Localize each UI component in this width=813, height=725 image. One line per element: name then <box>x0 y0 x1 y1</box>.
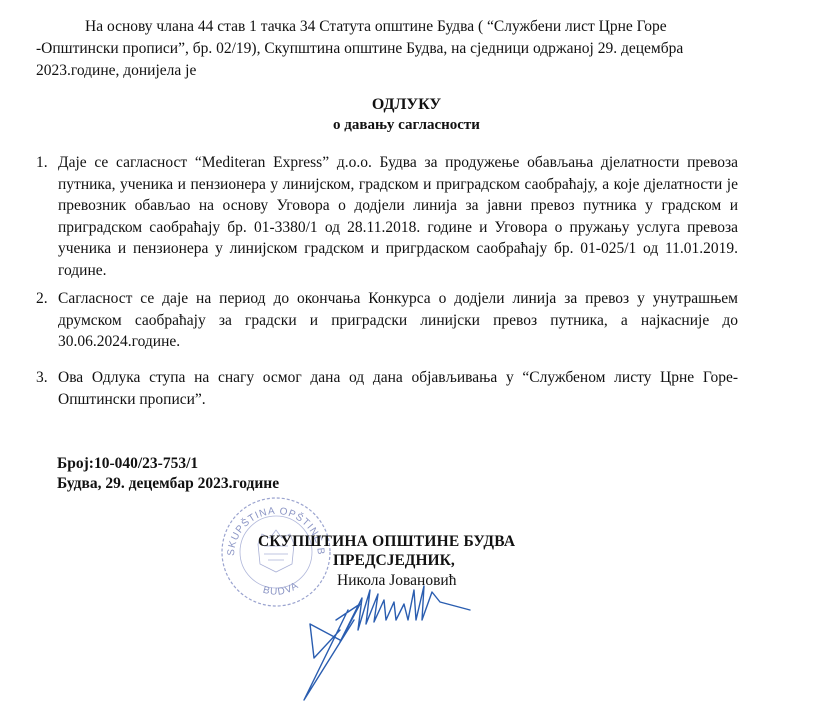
svg-text:BUDVA: BUDVA <box>262 580 301 598</box>
document-page: На основу члана 44 став 1 тачка 34 Стату… <box>0 0 813 725</box>
document-subtitle: о давању сагласности <box>0 117 813 134</box>
item-number: 3. <box>36 367 48 389</box>
list-item: 2. Сагласност се даје на период до оконч… <box>36 288 738 353</box>
list-item: 1. Даје се сагласност “Mediteran Express… <box>36 152 738 281</box>
item-number: 1. <box>36 152 48 174</box>
item-text: Даје се сагласност “Mediteran Express” д… <box>58 152 738 281</box>
signatory-institution: СКУПШТИНА ОПШТИНЕ БУДВА <box>258 533 515 551</box>
signatory-role: ПРЕДСЈЕДНИК, <box>333 552 455 570</box>
item-number: 2. <box>36 288 48 310</box>
item-text: Сагласност се даје на период до окончања… <box>58 288 738 353</box>
list-item: 3. Ова Одлука ступа на снагу осмог дана … <box>36 367 738 410</box>
place-date: Будва, 29. децембар 2023.године <box>57 475 279 493</box>
preamble-paragraph: На основу члана 44 став 1 тачка 34 Стату… <box>36 16 736 82</box>
item-text: Ова Одлука ступа на снагу осмог дана од … <box>58 367 738 410</box>
reference-number: Број:10-040/23-753/1 <box>57 455 198 473</box>
stamp-bottom-text: BUDVA <box>262 580 301 598</box>
handwritten-signature-icon <box>300 580 520 710</box>
document-title: ОДЛУКУ <box>0 96 813 114</box>
